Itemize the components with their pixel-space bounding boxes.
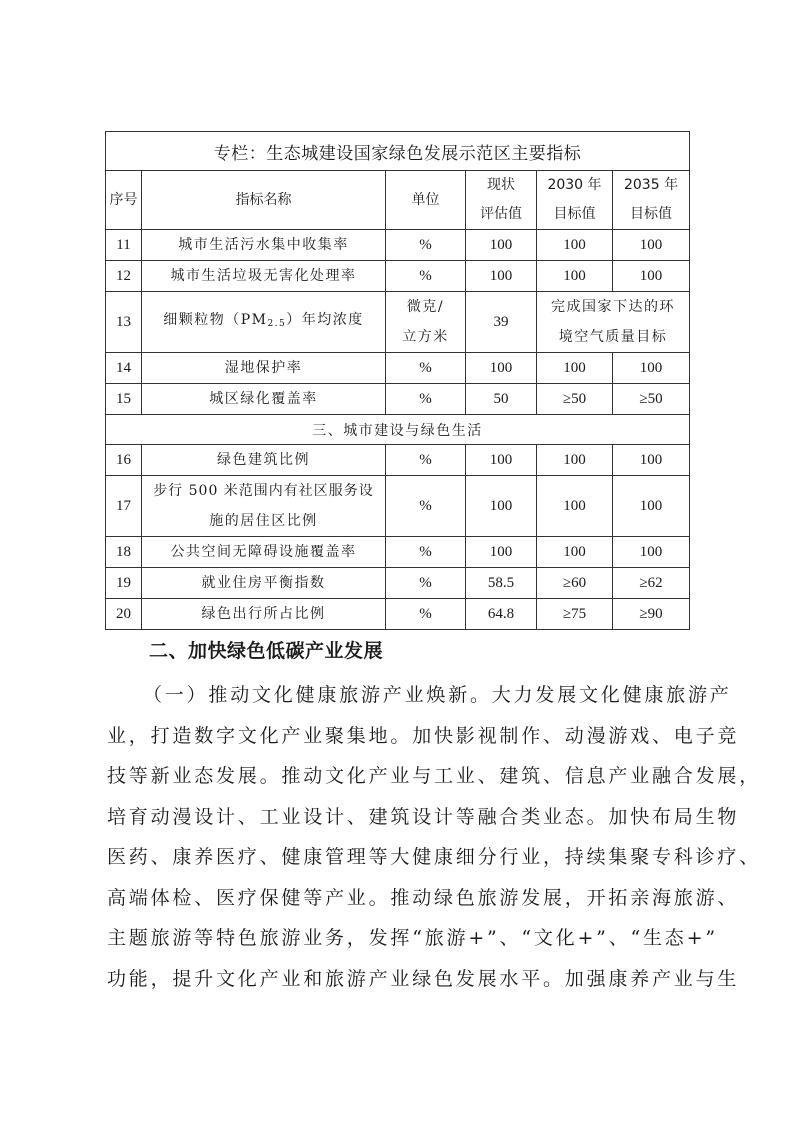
table-row: 18 公共空间无障碍设施覆盖率 % 100 100 100: [106, 537, 690, 568]
table-row: 16 绿色建筑比例 % 100 100 100: [106, 445, 690, 476]
cell-seq: 16: [106, 445, 142, 476]
header-target-2035: 2035 年 目标值: [613, 171, 690, 230]
cell-name: 公共空间无障碍设施覆盖率: [142, 537, 386, 568]
table-row: 17 步行 500 米范围内有社区服务设 施的居住区比例 % 100 100 1…: [106, 476, 690, 537]
cell-unit: %: [386, 353, 466, 384]
cell-current: 100: [466, 537, 537, 568]
paragraph-line: 主题旅游等特色旅游业务，发挥“旅游+”、“文化+”、“生态+”: [107, 918, 689, 959]
cell-current: 58.5: [466, 568, 537, 599]
name-line2: 施的居住区比例: [142, 506, 385, 536]
pm-subscript: 2.5: [267, 319, 286, 329]
cell-2030: 100: [537, 476, 613, 537]
cell-2035: 100: [613, 261, 690, 292]
cell-current: 100: [466, 476, 537, 537]
cell-name: 湿地保护率: [142, 353, 386, 384]
paragraph-line: 医药、康养医疗、健康管理等大健康细分行业，持续集聚专科诊疗、: [107, 837, 689, 878]
cell-2035: 100: [613, 230, 690, 261]
table-row: 20 绿色出行所占比例 % 64.8 ≥75 ≥90: [106, 599, 690, 630]
cell-unit: %: [386, 384, 466, 415]
cell-unit: 微克/ 立方米: [386, 292, 466, 353]
cell-unit: %: [386, 537, 466, 568]
target-line1: 完成国家下达的环: [537, 292, 689, 322]
cell-2030: 100: [537, 445, 613, 476]
name-part: 细颗粒物（PM: [163, 312, 267, 328]
cell-2030: 100: [537, 353, 613, 384]
paragraph-line: 业，打造数字文化产业聚集地。加快影视制作、动漫游戏、电子竞: [107, 716, 689, 757]
table-header-row: 序号 指标名称 单位 现状 评估值 2030 年 目标值 2035 年 目标值: [106, 171, 690, 230]
header-current: 现状 评估值: [466, 171, 537, 230]
cell-name: 就业住房平衡指数: [142, 568, 386, 599]
header-2035-line2: 目标值: [613, 200, 689, 229]
cell-target-merged: 完成国家下达的环 境空气质量目标: [537, 292, 690, 353]
cell-unit: %: [386, 568, 466, 599]
cell-current: 64.8: [466, 599, 537, 630]
cell-2035: ≥90: [613, 599, 690, 630]
cell-seq: 17: [106, 476, 142, 537]
cell-current: 100: [466, 353, 537, 384]
unit-line1: 微克/: [386, 292, 465, 322]
cell-2035: ≥62: [613, 568, 690, 599]
cell-seq: 15: [106, 384, 142, 415]
cell-2035: 100: [613, 353, 690, 384]
paragraph-line: （一）推动文化健康旅游产业焕新。大力发展文化健康旅游产: [107, 675, 689, 716]
body-paragraph: （一）推动文化健康旅游产业焕新。大力发展文化健康旅游产 业，打造数字文化产业聚集…: [107, 675, 689, 999]
table-section-row: 三、城市建设与绿色生活: [106, 415, 690, 445]
cell-2030: ≥75: [537, 599, 613, 630]
cell-name: 绿色出行所占比例: [142, 599, 386, 630]
cell-2030: 100: [537, 537, 613, 568]
section-heading: 二、加快绿色低碳产业发展: [149, 636, 383, 663]
header-target-2030: 2030 年 目标值: [537, 171, 613, 230]
cell-current: 100: [466, 445, 537, 476]
paragraph-line: 功能，提升文化产业和旅游产业绿色发展水平。加强康养产业与生: [107, 959, 689, 1000]
cell-name: 城市生活垃圾无害化处理率: [142, 261, 386, 292]
cell-name: 细颗粒物（PM2.5）年均浓度: [142, 292, 386, 353]
cell-seq: 20: [106, 599, 142, 630]
cell-current: 50: [466, 384, 537, 415]
name-part: ）年均浓度: [286, 312, 364, 328]
cell-name: 绿色建筑比例: [142, 445, 386, 476]
cell-unit: %: [386, 599, 466, 630]
name-line1: 步行 500 米范围内有社区服务设: [142, 476, 385, 506]
cell-unit: %: [386, 230, 466, 261]
paragraph-line: 培育动漫设计、工业设计、建筑设计等融合类业态。加快布局生物: [107, 797, 689, 838]
table-row: 12 城市生活垃圾无害化处理率 % 100 100 100: [106, 261, 690, 292]
table-row: 19 就业住房平衡指数 % 58.5 ≥60 ≥62: [106, 568, 690, 599]
cell-current: 39: [466, 292, 537, 353]
document-page: 专栏：生态城建设国家绿色发展示范区主要指标 序号 指标名称 单位 现状 评估值 …: [0, 0, 794, 1123]
cell-2035: 100: [613, 476, 690, 537]
cell-2035: 100: [613, 445, 690, 476]
cell-2030: ≥60: [537, 568, 613, 599]
section-label: 三、城市建设与绿色生活: [106, 415, 690, 445]
cell-seq: 19: [106, 568, 142, 599]
table-row: 13 细颗粒物（PM2.5）年均浓度 微克/ 立方米 39 完成国家下达的环 境…: [106, 292, 690, 353]
cell-name: 城区绿化覆盖率: [142, 384, 386, 415]
table-row: 15 城区绿化覆盖率 % 50 ≥50 ≥50: [106, 384, 690, 415]
cell-unit: %: [386, 261, 466, 292]
target-line2: 境空气质量目标: [537, 322, 689, 352]
header-unit: 单位: [386, 171, 466, 230]
header-2035-line1: 2035 年: [613, 171, 689, 200]
paragraph-line: 高端体检、医疗保健等产业。推动绿色旅游发展，开拓亲海旅游、: [107, 878, 689, 919]
paragraph-line: 技等新业态发展。推动文化产业与工业、建筑、信息产业融合发展，: [107, 756, 689, 797]
table-row: 14 湿地保护率 % 100 100 100: [106, 353, 690, 384]
cell-name: 城市生活污水集中收集率: [142, 230, 386, 261]
cell-unit: %: [386, 476, 466, 537]
cell-seq: 12: [106, 261, 142, 292]
header-2030-line1: 2030 年: [537, 171, 612, 200]
cell-name: 步行 500 米范围内有社区服务设 施的居住区比例: [142, 476, 386, 537]
cell-seq: 11: [106, 230, 142, 261]
cell-current: 100: [466, 230, 537, 261]
cell-current: 100: [466, 261, 537, 292]
cell-2035: 100: [613, 537, 690, 568]
cell-unit: %: [386, 445, 466, 476]
header-seq: 序号: [106, 171, 142, 230]
header-name: 指标名称: [142, 171, 386, 230]
header-2030-line2: 目标值: [537, 200, 612, 229]
cell-2030: ≥50: [537, 384, 613, 415]
header-current-line1: 现状: [466, 171, 536, 200]
cell-seq: 18: [106, 537, 142, 568]
header-current-line2: 评估值: [466, 200, 536, 229]
unit-line2: 立方米: [386, 322, 465, 352]
cell-seq: 14: [106, 353, 142, 384]
cell-2030: 100: [537, 230, 613, 261]
table-row: 11 城市生活污水集中收集率 % 100 100 100: [106, 230, 690, 261]
indicators-table: 专栏：生态城建设国家绿色发展示范区主要指标 序号 指标名称 单位 现状 评估值 …: [105, 131, 690, 630]
table-title: 专栏：生态城建设国家绿色发展示范区主要指标: [106, 132, 690, 171]
cell-2030: 100: [537, 261, 613, 292]
cell-seq: 13: [106, 292, 142, 353]
cell-2035: ≥50: [613, 384, 690, 415]
